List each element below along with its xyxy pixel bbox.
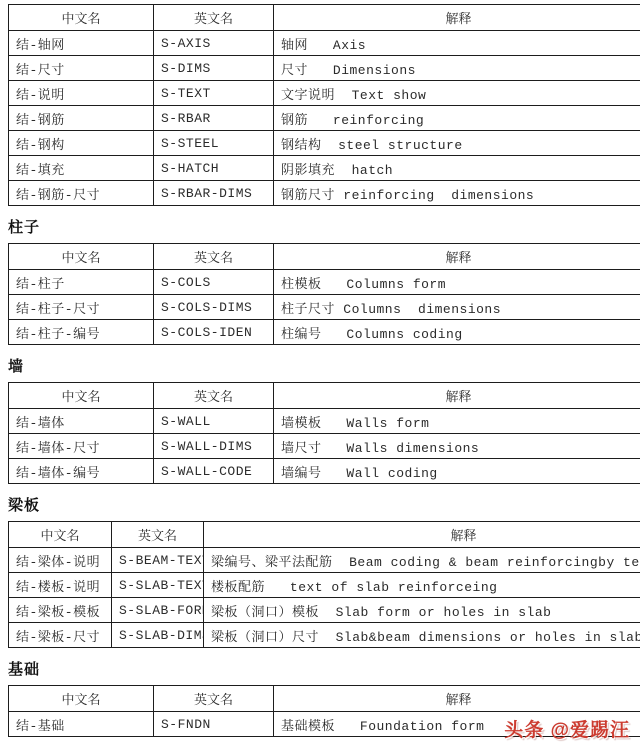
cell-cn: 结-梁板-尺寸: [9, 623, 112, 648]
table-row: 结-墙体-编号S-WALL-CODE墙编号 Wall coding: [9, 459, 640, 484]
watermark: 头条 @爱踢汪: [504, 715, 630, 742]
document-root: 中文名英文名解释结-轴网S-AXIS轴网 Axis结-尺寸S-DIMS尺寸 Di…: [0, 0, 640, 737]
cell-en: S-BEAM-TEXT: [112, 548, 204, 573]
section: 墙中文名英文名解释结-墙体S-WALL墙模板 Walls form结-墙体-尺寸…: [8, 357, 640, 484]
table-row: 结-梁板-尺寸S-SLAB-DIMS梁板（洞口）尺寸 Slab&beam dim…: [9, 623, 640, 648]
cell-en: S-DIMS: [154, 56, 274, 81]
cell-en: S-WALL-DIMS: [154, 434, 274, 459]
cell-cn: 结-墙体-编号: [9, 459, 154, 484]
cell-desc: 楼板配筋 text of slab reinforceing: [204, 573, 640, 598]
cell-cn: 结-梁板-模板: [9, 598, 112, 623]
cell-desc: 钢结构 steel structure: [274, 131, 640, 156]
cell-cn: 结-墙体-尺寸: [9, 434, 154, 459]
cell-cn: 结-柱子-尺寸: [9, 295, 154, 320]
layer-table: 中文名英文名解释结-梁体-说明S-BEAM-TEXT梁编号、梁平法配筋 Beam…: [8, 521, 640, 648]
cell-en: S-RBAR: [154, 106, 274, 131]
table-row: 结-柱子-编号S-COLS-IDEN柱编号 Columns coding: [9, 320, 640, 345]
section-heading: 墙: [8, 357, 640, 376]
table-row: 结-柱子-尺寸S-COLS-DIMS柱子尺寸 Columns dimension…: [9, 295, 640, 320]
table-row: 结-说明S-TEXT文字说明 Text show: [9, 81, 640, 106]
cell-desc: 墙编号 Wall coding: [274, 459, 640, 484]
table-row: 结-梁体-说明S-BEAM-TEXT梁编号、梁平法配筋 Beam coding …: [9, 548, 640, 573]
cell-cn: 结-钢筋: [9, 106, 154, 131]
cell-en: S-SLAB-DIMS: [112, 623, 204, 648]
section: 中文名英文名解释结-轴网S-AXIS轴网 Axis结-尺寸S-DIMS尺寸 Di…: [8, 4, 640, 206]
section-heading: 梁板: [8, 496, 640, 515]
cell-desc: 柱编号 Columns coding: [274, 320, 640, 345]
layer-table: 中文名英文名解释结-柱子S-COLS柱模板 Columns form结-柱子-尺…: [8, 243, 640, 345]
cell-desc: 轴网 Axis: [274, 31, 640, 56]
col-header-cn: 中文名: [9, 686, 154, 712]
table-row: 结-钢筋-尺寸S-RBAR-DIMS钢筋尺寸 reinforcing dimen…: [9, 181, 640, 206]
col-header-cn: 中文名: [9, 383, 154, 409]
cell-desc: 柱模板 Columns form: [274, 270, 640, 295]
header-row: 中文名英文名解释: [9, 686, 640, 712]
col-header-en: 英文名: [154, 383, 274, 409]
col-header-en: 英文名: [154, 244, 274, 270]
cell-en: S-FNDN: [154, 712, 274, 737]
cell-en: S-COLS-IDEN: [154, 320, 274, 345]
cell-en: S-TEXT: [154, 81, 274, 106]
cell-cn: 结-柱子: [9, 270, 154, 295]
cell-en: S-HATCH: [154, 156, 274, 181]
cell-desc: 梁板（洞口）模板 Slab form or holes in slab: [204, 598, 640, 623]
col-header-cn: 中文名: [9, 5, 154, 31]
table-row: 结-钢构S-STEEL钢结构 steel structure: [9, 131, 640, 156]
cell-cn: 结-基础: [9, 712, 154, 737]
section-heading: 柱子: [8, 218, 640, 237]
cell-cn: 结-柱子-编号: [9, 320, 154, 345]
table-row: 结-梁板-模板S-SLAB-FORM梁板（洞口）模板 Slab form or …: [9, 598, 640, 623]
cell-desc: 梁编号、梁平法配筋 Beam coding & beam reinforcing…: [204, 548, 640, 573]
layer-table: 中文名英文名解释结-墙体S-WALL墙模板 Walls form结-墙体-尺寸S…: [8, 382, 640, 484]
cell-desc: 阴影填充 hatch: [274, 156, 640, 181]
cell-en: S-COLS-DIMS: [154, 295, 274, 320]
cell-desc: 梁板（洞口）尺寸 Slab&beam dimensions or holes i…: [204, 623, 640, 648]
cell-desc: 钢筋尺寸 reinforcing dimensions: [274, 181, 640, 206]
cell-en: S-COLS: [154, 270, 274, 295]
cell-cn: 结-钢构: [9, 131, 154, 156]
section: 柱子中文名英文名解释结-柱子S-COLS柱模板 Columns form结-柱子…: [8, 218, 640, 345]
cell-desc: 尺寸 Dimensions: [274, 56, 640, 81]
col-header-desc: 解释: [274, 686, 640, 712]
section-heading: 基础: [8, 660, 640, 679]
cell-cn: 结-轴网: [9, 31, 154, 56]
cell-en: S-WALL: [154, 409, 274, 434]
cell-cn: 结-填充: [9, 156, 154, 181]
col-header-en: 英文名: [112, 522, 204, 548]
cell-cn: 结-墙体: [9, 409, 154, 434]
header-row: 中文名英文名解释: [9, 244, 640, 270]
cell-desc: 文字说明 Text show: [274, 81, 640, 106]
cell-cn: 结-楼板-说明: [9, 573, 112, 598]
table-row: 结-墙体-尺寸S-WALL-DIMS墙尺寸 Walls dimensions: [9, 434, 640, 459]
col-header-cn: 中文名: [9, 244, 154, 270]
cell-cn: 结-梁体-说明: [9, 548, 112, 573]
cell-desc: 墙尺寸 Walls dimensions: [274, 434, 640, 459]
col-header-en: 英文名: [154, 686, 274, 712]
cell-desc: 钢筋 reinforcing: [274, 106, 640, 131]
table-row: 结-柱子S-COLS柱模板 Columns form: [9, 270, 640, 295]
layer-table: 中文名英文名解释结-轴网S-AXIS轴网 Axis结-尺寸S-DIMS尺寸 Di…: [8, 4, 640, 206]
section: 梁板中文名英文名解释结-梁体-说明S-BEAM-TEXT梁编号、梁平法配筋 Be…: [8, 496, 640, 648]
col-header-desc: 解释: [274, 383, 640, 409]
table-row: 结-楼板-说明S-SLAB-TEXT楼板配筋 text of slab rein…: [9, 573, 640, 598]
table-row: 结-填充S-HATCH阴影填充 hatch: [9, 156, 640, 181]
table-row: 结-钢筋S-RBAR钢筋 reinforcing: [9, 106, 640, 131]
col-header-desc: 解释: [204, 522, 640, 548]
cell-en: S-WALL-CODE: [154, 459, 274, 484]
col-header-en: 英文名: [154, 5, 274, 31]
header-row: 中文名英文名解释: [9, 383, 640, 409]
header-row: 中文名英文名解释: [9, 522, 640, 548]
cell-cn: 结-尺寸: [9, 56, 154, 81]
col-header-cn: 中文名: [9, 522, 112, 548]
cell-en: S-STEEL: [154, 131, 274, 156]
cell-desc: 柱子尺寸 Columns dimensions: [274, 295, 640, 320]
table-row: 结-轴网S-AXIS轴网 Axis: [9, 31, 640, 56]
cell-en: S-SLAB-FORM: [112, 598, 204, 623]
cell-en: S-AXIS: [154, 31, 274, 56]
col-header-desc: 解释: [274, 244, 640, 270]
cell-cn: 结-说明: [9, 81, 154, 106]
table-row: 结-尺寸S-DIMS尺寸 Dimensions: [9, 56, 640, 81]
cell-en: S-SLAB-TEXT: [112, 573, 204, 598]
header-row: 中文名英文名解释: [9, 5, 640, 31]
table-row: 结-墙体S-WALL墙模板 Walls form: [9, 409, 640, 434]
cell-desc: 墙模板 Walls form: [274, 409, 640, 434]
cell-en: S-RBAR-DIMS: [154, 181, 274, 206]
cell-cn: 结-钢筋-尺寸: [9, 181, 154, 206]
col-header-desc: 解释: [274, 5, 640, 31]
